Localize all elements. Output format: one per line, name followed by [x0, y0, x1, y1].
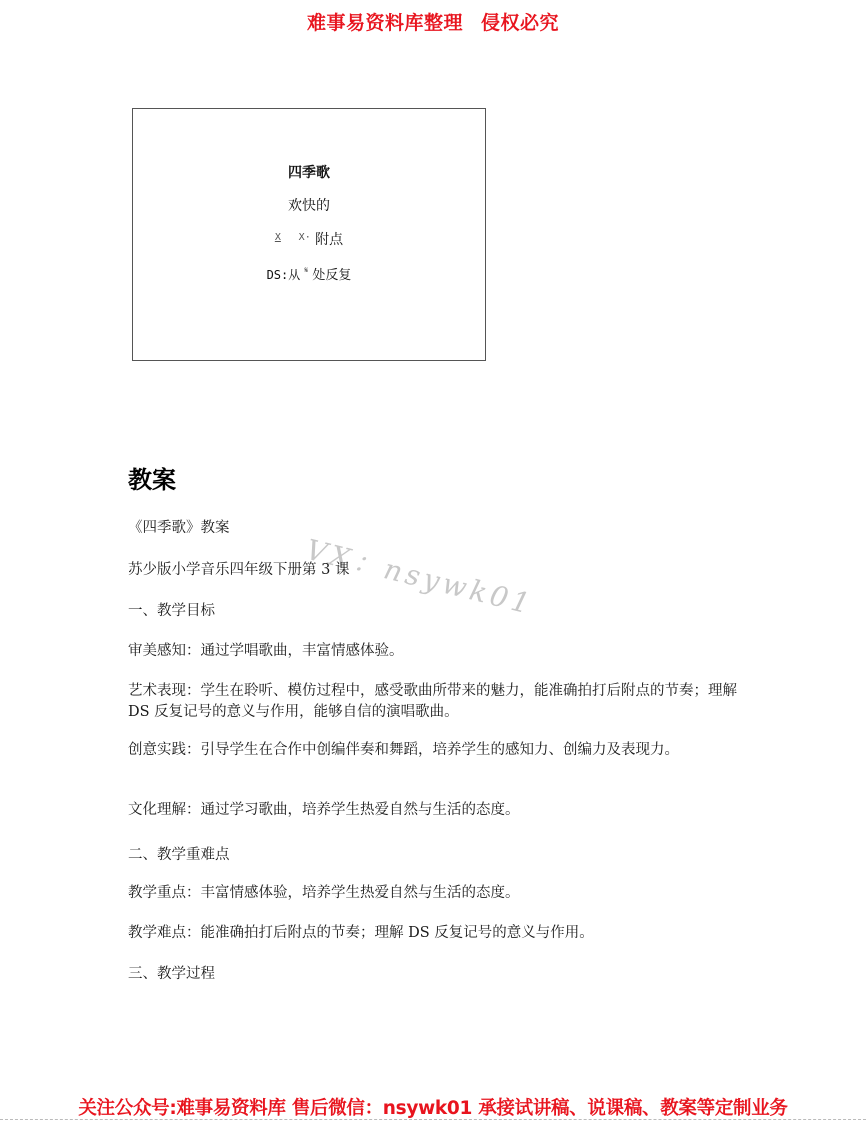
figure-ds-instruction: DS:从 𝄋 处反复	[133, 264, 485, 283]
song-info-figure: 四季歌 欢快的 X X· 附点 DS:从 𝄋 处反复	[132, 108, 486, 361]
section-heading-objectives: 一、教学目标	[128, 601, 748, 622]
figure-title: 四季歌	[133, 162, 485, 182]
ds-suffix: 处反复	[312, 268, 351, 283]
section-heading-key-points: 二、教学重难点	[128, 845, 748, 866]
note-dotted-icon: X·	[299, 232, 311, 243]
figure-dotted-rhythm: X X· 附点	[133, 229, 485, 249]
paragraph-edition: 苏少版小学音乐四年级下册第 3 课	[128, 560, 748, 581]
dotted-label: 附点	[315, 232, 343, 248]
ds-prefix: DS:从	[267, 268, 301, 282]
paragraph-artistic: 艺术表现：学生在聆听、模仿过程中，感受歌曲所带来的魅力，能准确拍打后附点的节奏；…	[128, 681, 748, 723]
figure-tempo: 欢快的	[133, 195, 485, 215]
header-banner: 难事易资料库整理侵权必究	[0, 8, 866, 35]
footer-divider	[0, 1119, 866, 1120]
footer-banner: 关注公众号:难事易资料库 售后微信：nsywk01 承接试讲稿、说课稿、教案等定…	[0, 1094, 866, 1120]
paragraph-aesthetic: 审美感知：通过学唱歌曲，丰富情感体验。	[128, 641, 748, 662]
header-banner-right: 侵权必究	[481, 12, 559, 34]
paragraph-cultural: 文化理解：通过学习歌曲，培养学生热爱自然与生活的态度。	[128, 800, 748, 821]
document-heading: 教案	[128, 460, 176, 495]
segno-icon: 𝄋	[304, 266, 308, 276]
paragraph-key-point: 教学重点：丰富情感体验，培养学生热爱自然与生活的态度。	[128, 883, 748, 904]
paragraph-lesson-title: 《四季歌》教案	[128, 518, 748, 539]
note-eighth-icon: X	[275, 232, 281, 243]
section-heading-process: 三、教学过程	[128, 964, 748, 985]
paragraph-creative: 创意实践：引导学生在合作中创编伴奏和舞蹈，培养学生的感知力、创编力及表现力。	[128, 740, 748, 761]
paragraph-difficulty: 教学难点：能准确拍打后附点的节奏；理解 DS 反复记号的意义与作用。	[128, 923, 748, 944]
header-banner-left: 难事易资料库整理	[307, 12, 463, 34]
